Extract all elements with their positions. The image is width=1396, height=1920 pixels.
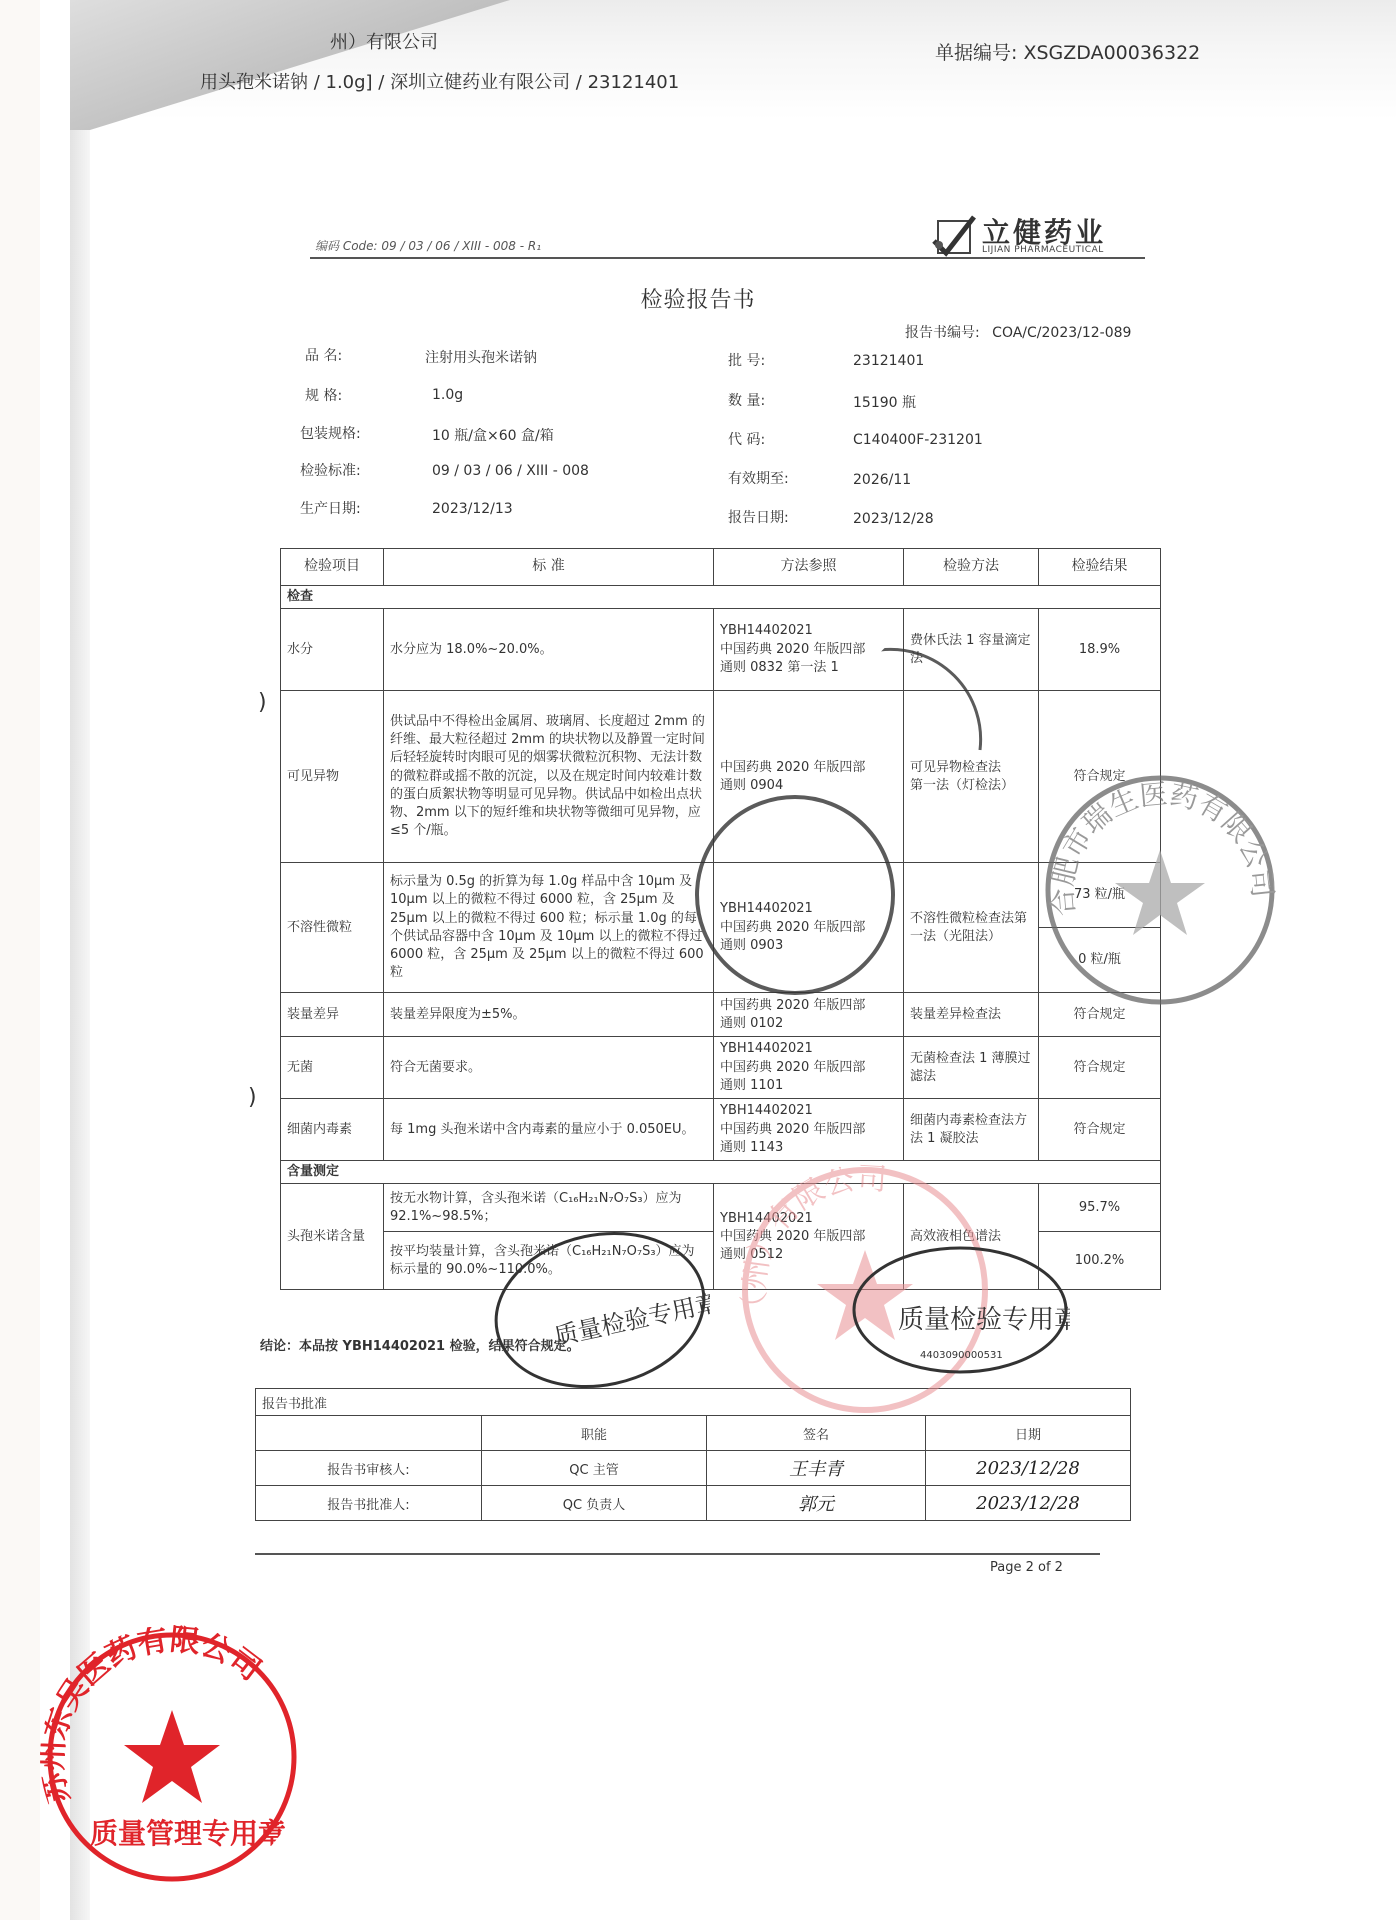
table-header-row: 检验项目 标 准 方法参照 检验方法 检验结果 [281, 549, 1161, 586]
info-value: 2026/11 [853, 472, 911, 488]
reference-cell: 中国药典 2020 年版四部 通则 0102 [714, 993, 904, 1037]
approval-header-row: 职能 签名 日期 [256, 1416, 1131, 1451]
section-assay: 含量测定 [281, 1161, 1161, 1184]
standard-cell: 装量差异限度为±5%。 [384, 993, 714, 1037]
signature-date: 2023/12/28 [926, 1451, 1131, 1486]
approval-row: 报告书批准人: QC 负责人 郭元 2023/12/28 [256, 1486, 1131, 1521]
info-label: 数 量: [728, 390, 765, 410]
method-cell: 不溶性微粒检查法第一法（光阻法） [904, 863, 1039, 993]
table-row: 可见异物 供试品中不得检出金属屑、玻璃屑、长度超过 2mm 的纤维、最大粒径超过… [281, 691, 1161, 863]
binder-mark: ) [248, 1085, 257, 1110]
item-cell: 装量差异 [281, 993, 384, 1037]
report-number: 报告书编号: COA/C/2023/12-089 [905, 322, 1131, 342]
logo-text-en: LIJIAN PHARMACEUTICAL [982, 245, 1104, 255]
section-inspection: 检查 [281, 586, 1161, 609]
info-label: 包装规格: [300, 423, 361, 443]
info-label: 报告日期: [728, 507, 789, 527]
info-label: 生产日期: [300, 498, 361, 518]
table-row: 装量差异 装量差异限度为±5%。 中国药典 2020 年版四部 通则 0102 … [281, 993, 1161, 1037]
header-company: 州）有限公司 [330, 28, 438, 54]
doc-number-value: XSGZDA00036322 [1023, 42, 1200, 64]
method-cell: 装量差异检查法 [904, 993, 1039, 1037]
method-cell: 费休氏法 1 容量滴定法 [904, 609, 1039, 691]
col-header-method: 检验方法 [904, 549, 1039, 586]
item-cell: 头孢米诺含量 [281, 1184, 384, 1290]
header-product-line: 用头孢米诺钠 / 1.0g] / 深圳立健药业有限公司 / 23121401 [200, 68, 679, 94]
standard-cell: 供试品中不得检出金属屑、玻璃屑、长度超过 2mm 的纤维、最大粒径超过 2mm … [384, 691, 714, 863]
reference-cell: YBH14402021 中国药典 2020 年版四部 通则 1101 [714, 1037, 904, 1099]
info-label: 有效期至: [728, 468, 789, 488]
approval-header: 签名 [707, 1416, 926, 1451]
function-cell: QC 主管 [482, 1451, 707, 1486]
info-value: 注射用头孢米诺钠 [425, 347, 537, 367]
info-value: 2023/12/28 [853, 511, 934, 527]
inspection-table: 检验项目 标 准 方法参照 检验方法 检验结果 检查 水分 水分应为 18.0%… [280, 548, 1161, 1290]
result-cell: 73 粒/瓶 [1039, 863, 1161, 928]
standard-cell: 水分应为 18.0%~20.0%。 [384, 609, 714, 691]
result-cell: 符合规定 [1039, 691, 1161, 863]
item-cell: 水分 [281, 609, 384, 691]
standard-cell: 标示量为 0.5g 的折算为每 1.0g 样品中含 10μm 及 10μm 以上… [384, 863, 714, 993]
result-cell: 95.7% [1039, 1184, 1161, 1232]
info-value: C140400F-231201 [853, 432, 983, 448]
result-cell: 18.9% [1039, 609, 1161, 691]
page-title: 检验报告书 [0, 283, 1396, 314]
info-label: 品 名: [305, 345, 342, 365]
col-header-result: 检验结果 [1039, 549, 1161, 586]
reference-cell: YBH14402021 中国药典 2020 年版四部 通则 1143 [714, 1099, 904, 1161]
document-code: 编码 Code: 09 / 03 / 06 / XIII - 008 - R₁ [315, 237, 541, 254]
info-label: 批 号: [728, 350, 765, 370]
page-number: Page 2 of 2 [990, 1560, 1063, 1575]
svg-text:质量检验专用章: 质量检验专用章 [898, 1305, 1070, 1335]
item-cell: 无菌 [281, 1037, 384, 1099]
standard-cell: 每 1mg 头孢米诺中含内毒素的量应小于 0.050EU。 [384, 1099, 714, 1161]
role-label: 报告书审核人: [256, 1451, 482, 1486]
method-cell: 无菌检查法 1 薄膜过滤法 [904, 1037, 1039, 1099]
approval-header: 职能 [482, 1416, 707, 1451]
checkmark-logo-icon [930, 215, 978, 259]
info-label: 规 格: [305, 385, 342, 405]
col-header-item: 检验项目 [281, 549, 384, 586]
info-value: 09 / 03 / 06 / XIII - 008 [432, 463, 589, 479]
company-logo: 立健药业 LIJIAN PHARMACEUTICAL [930, 215, 1150, 265]
method-cell: 高效液相色谱法 [904, 1184, 1039, 1290]
approval-header: 日期 [926, 1416, 1131, 1451]
result-cell: 符合规定 [1039, 993, 1161, 1037]
reference-cell: YBH14402021 中国药典 2020 年版四部 通则 0832 第一法 1 [714, 609, 904, 691]
signature: 郭元 [707, 1486, 926, 1521]
info-label: 检验标准: [300, 460, 361, 480]
item-cell: 细菌内毒素 [281, 1099, 384, 1161]
approval-row: 报告书审核人: QC 主管 王丰青 2023/12/28 [256, 1451, 1131, 1486]
standard-cell: 按无水物计算，含头孢米诺（C₁₆H₂₁N₇O₇S₃）应为 92.1%~98.5%… [384, 1184, 714, 1232]
reference-cell: 中国药典 2020 年版四部 通则 0904 [714, 691, 904, 863]
table-row: 无菌 符合无菌要求。 YBH14402021 中国药典 2020 年版四部 通则… [281, 1037, 1161, 1099]
approval-header [256, 1416, 482, 1451]
info-value: 10 瓶/盒×60 盒/箱 [432, 425, 554, 445]
role-label: 报告书批准人: [256, 1486, 482, 1521]
method-cell: 可见异物检查法 第一法（灯检法） [904, 691, 1039, 863]
function-cell: QC 负责人 [482, 1486, 707, 1521]
col-header-standard: 标 准 [384, 549, 714, 586]
item-cell: 可见异物 [281, 691, 384, 863]
standard-cell: 符合无菌要求。 [384, 1037, 714, 1099]
result-cell: 符合规定 [1039, 1099, 1161, 1161]
info-label: 代 码: [728, 429, 765, 449]
approval-table: 报告书批准 职能 签名 日期 报告书审核人: QC 主管 王丰青 2023/12… [255, 1388, 1131, 1521]
report-number-value: COA/C/2023/12-089 [992, 325, 1131, 341]
table-row: 细菌内毒素 每 1mg 头孢米诺中含内毒素的量应小于 0.050EU。 YBH1… [281, 1099, 1161, 1161]
signature-date: 2023/12/28 [926, 1486, 1131, 1521]
footer-rule [255, 1553, 1100, 1555]
result-cell-2: 100.2% [1039, 1232, 1161, 1290]
table-row: 水分 水分应为 18.0%~20.0%。 YBH14402021 中国药典 20… [281, 609, 1161, 691]
binder-mark: ) [258, 690, 267, 715]
info-value: 23121401 [853, 353, 924, 369]
signature: 王丰青 [707, 1451, 926, 1486]
table-row: 不溶性微粒 标示量为 0.5g 的折算为每 1.0g 样品中含 10μm 及 1… [281, 863, 1161, 928]
svg-text:4403090000531: 4403090000531 [920, 1350, 1003, 1361]
col-header-reference: 方法参照 [714, 549, 904, 586]
standard-cell-2: 按平均装量计算，含头孢米诺（C₁₆H₂₁N₇O₇S₃）应为标示量的 90.0%~… [384, 1232, 714, 1290]
svg-text:质量管理专用章: 质量管理专用章 [90, 1817, 286, 1850]
doc-number: 单据编号: XSGZDA00036322 [935, 38, 1200, 65]
doc-number-label: 单据编号: [935, 42, 1017, 64]
info-value: 15190 瓶 [853, 392, 916, 412]
approval-section-title: 报告书批准 [256, 1389, 1131, 1416]
conclusion: 结论：本品按 YBH14402021 检验，结果符合规定。 [260, 1335, 580, 1354]
reference-cell: YBH14402021 中国药典 2020 年版四部 通则 0903 [714, 863, 904, 993]
assay-row: 头孢米诺含量 按无水物计算，含头孢米诺（C₁₆H₂₁N₇O₇S₃）应为 92.1… [281, 1184, 1161, 1232]
info-value: 1.0g [432, 387, 463, 403]
info-value: 2023/12/13 [432, 501, 513, 517]
method-cell: 细菌内毒素检查法方法 1 凝胶法 [904, 1099, 1039, 1161]
item-cell: 不溶性微粒 [281, 863, 384, 993]
result-cell: 符合规定 [1039, 1037, 1161, 1099]
result-cell-2: 0 粒/瓶 [1039, 928, 1161, 993]
report-number-label: 报告书编号: [905, 325, 980, 341]
reference-cell: YBH14402021 中国药典 2020 年版四部 通则 0512 [714, 1184, 904, 1290]
